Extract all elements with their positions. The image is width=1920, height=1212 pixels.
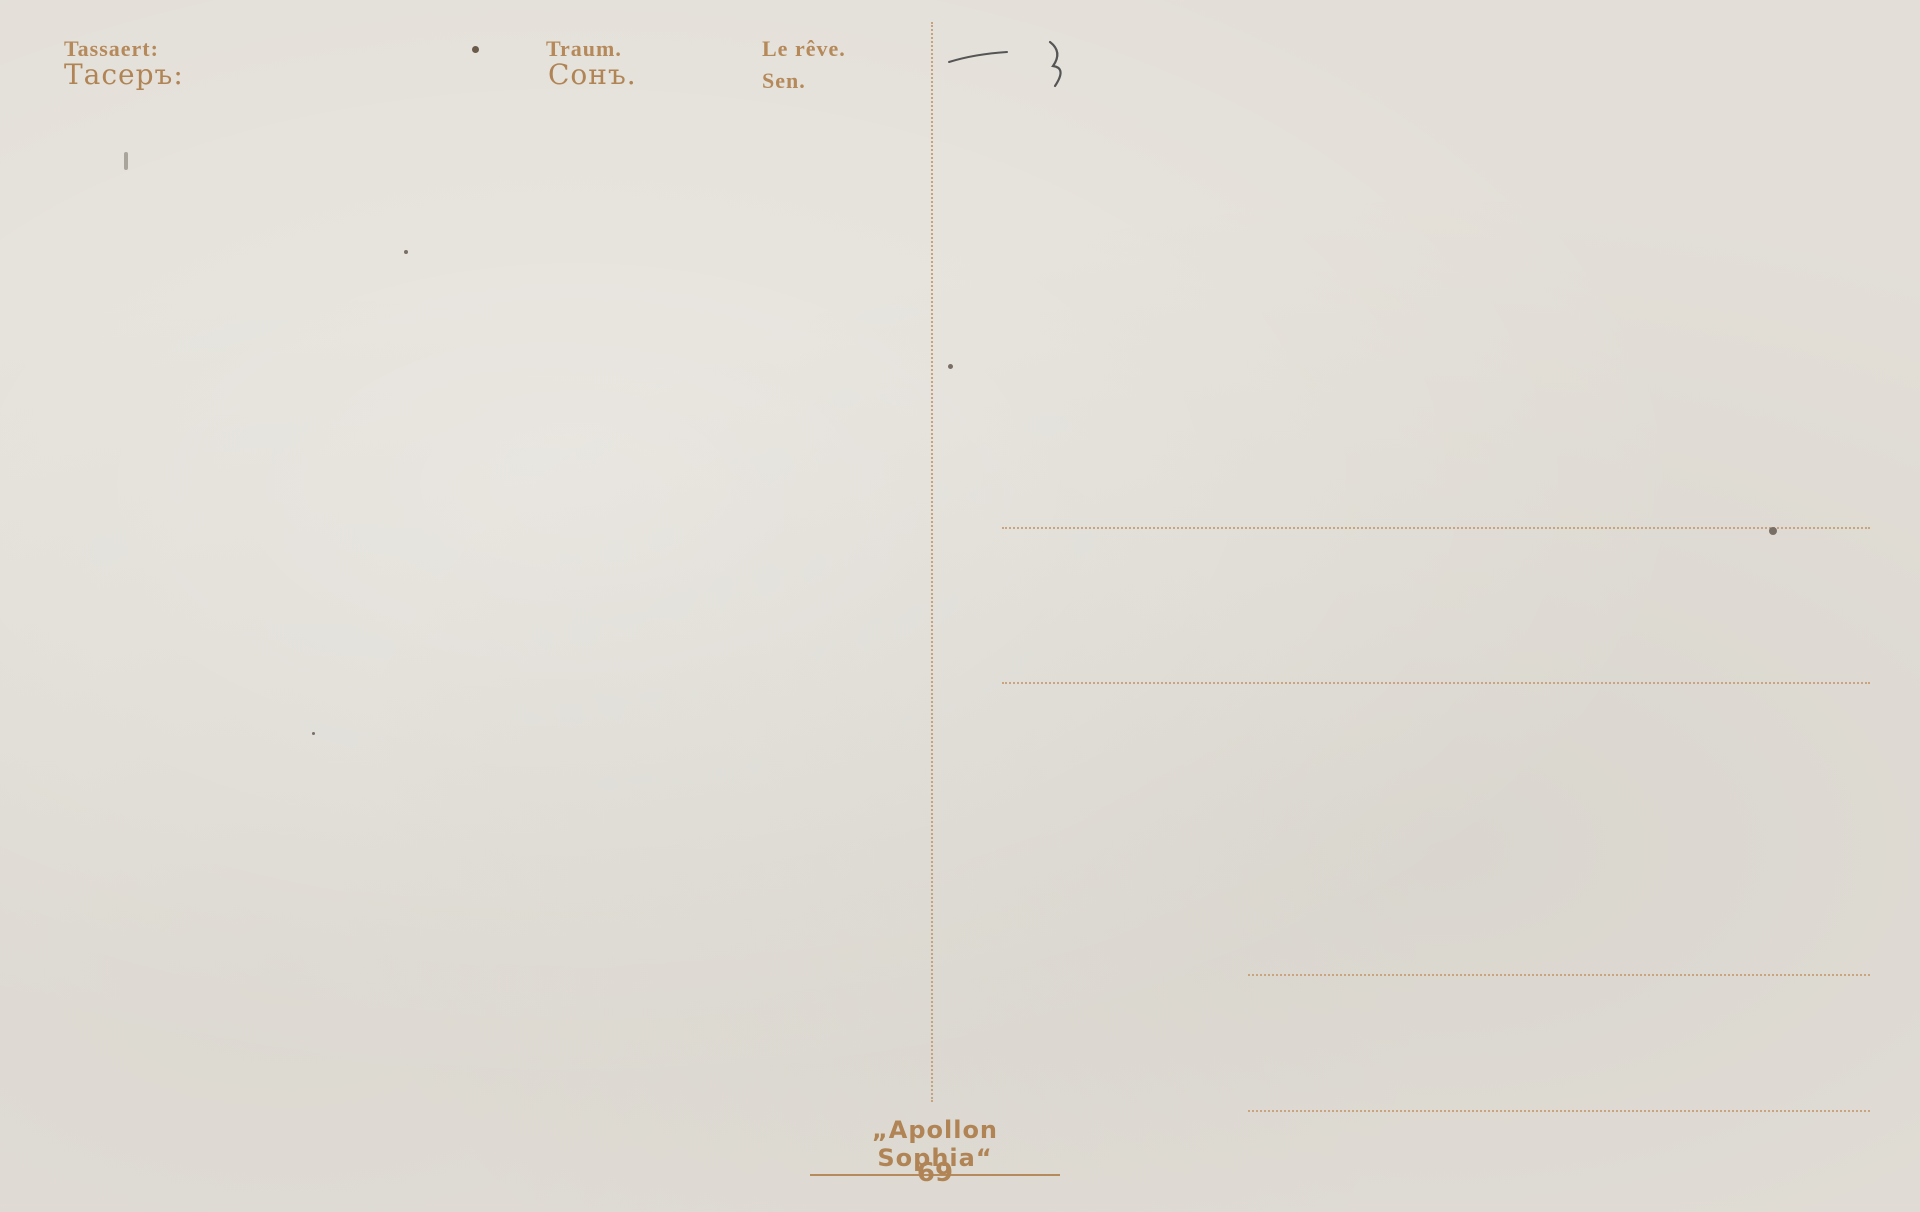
- artist-name-cyrillic: Тасеръ:: [64, 58, 184, 91]
- paper-mark: [124, 152, 128, 170]
- center-divider-line: [931, 22, 933, 1102]
- paper-speck: [948, 364, 953, 369]
- paper-speck: [312, 732, 315, 735]
- card-number: 69: [810, 1158, 1060, 1188]
- address-line-1: [1002, 527, 1870, 529]
- title-bulgarian-latin: Sen.: [762, 68, 806, 94]
- handwritten-note-mark: [945, 34, 1085, 94]
- bullet-dot: [472, 46, 479, 53]
- title-cyrillic: Сонъ.: [548, 58, 637, 91]
- title-french: Le rêve.: [762, 36, 846, 62]
- address-line-4: [1248, 1110, 1870, 1112]
- postcard-back: Tassaert: Тасеръ: Traum. Сонъ. Le rêve. …: [0, 0, 1920, 1212]
- paper-speck: [404, 250, 408, 254]
- paper-speck: [1769, 527, 1777, 535]
- address-line-2: [1002, 682, 1870, 684]
- address-line-3: [1248, 974, 1870, 976]
